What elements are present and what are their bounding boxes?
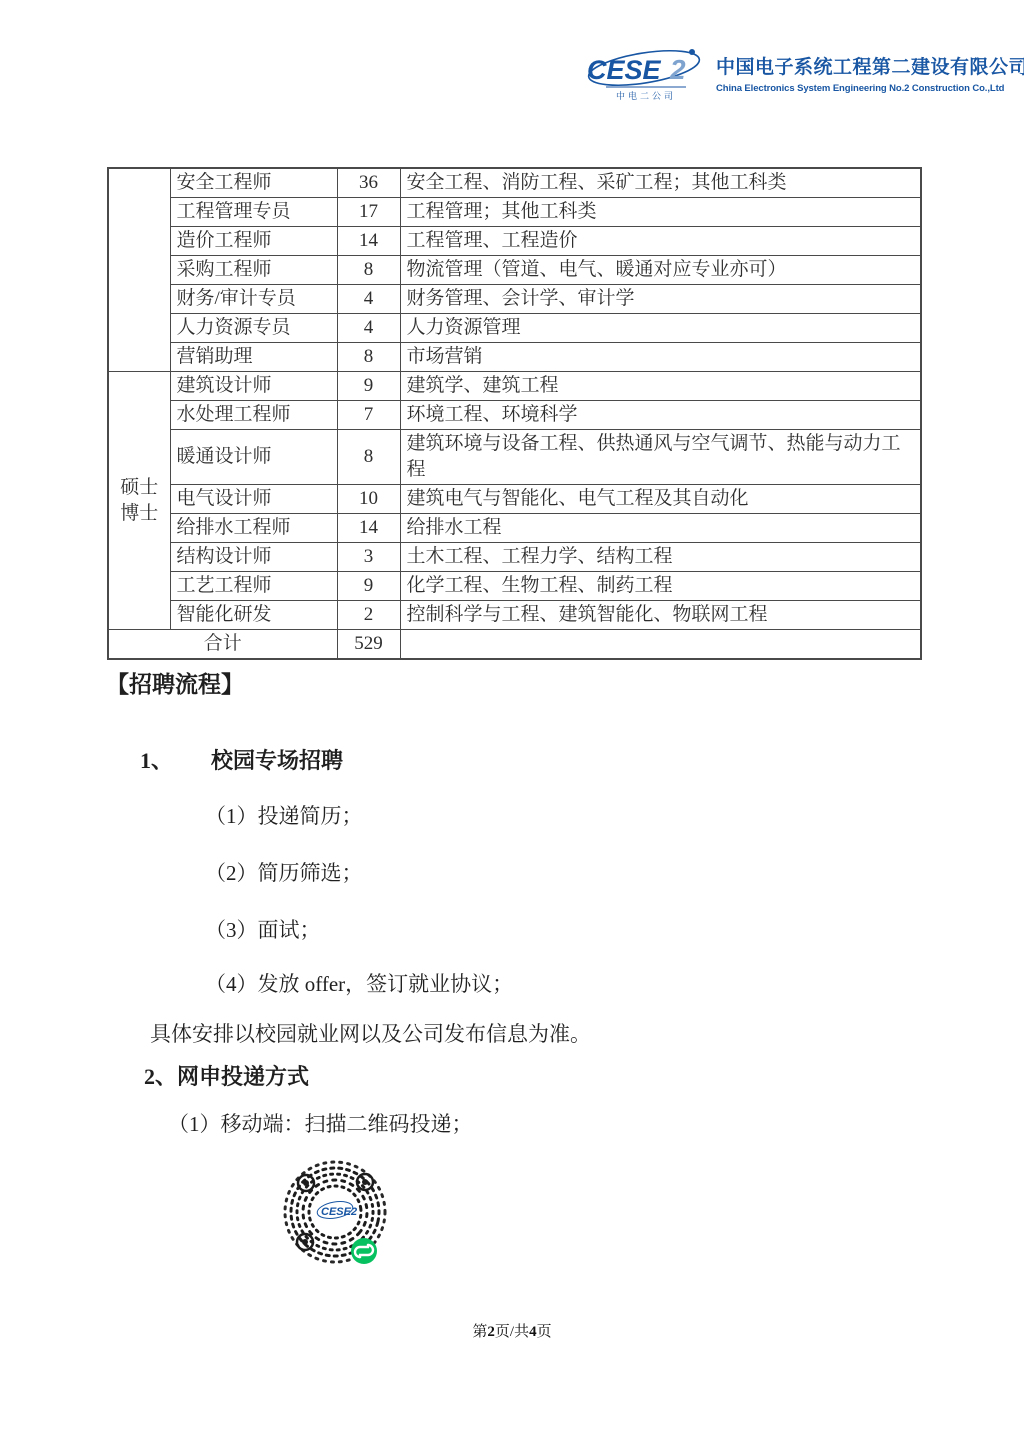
svg-text:CESE: CESE — [587, 55, 662, 85]
table-row: 硕士 博士建筑设计师9建筑学、建筑工程 — [108, 372, 921, 401]
step-item-4: （4）发放 offer，签订就业协议； — [205, 968, 513, 998]
majors-cell: 人力资源管理 — [400, 314, 921, 343]
count-cell: 8 — [337, 256, 400, 285]
table-row: 工程管理专员17工程管理；其他工科类 — [108, 198, 921, 227]
majors-cell: 财务管理、会计学、审计学 — [400, 285, 921, 314]
cese-logo-icon: CESE 2 中电二公司 — [586, 46, 708, 106]
step-item-3: （3）面试； — [205, 914, 321, 944]
position-cell: 暖通设计师 — [170, 430, 337, 485]
table-row: 安全工程师36安全工程、消防工程、采矿工程；其他工科类 — [108, 168, 921, 198]
position-cell: 营销助理 — [170, 343, 337, 372]
position-cell: 工艺工程师 — [170, 572, 337, 601]
company-name-en: China Electronics System Engineering No.… — [716, 83, 1024, 94]
qr-code: CESE2 — [281, 1156, 389, 1272]
svg-text:2: 2 — [669, 54, 686, 85]
wechat-mini-program-icon — [351, 1238, 377, 1264]
table-row: 智能化研发2控制科学与工程、建筑智能化、物联网工程 — [108, 601, 921, 630]
table-total-row: 合计529 — [108, 630, 921, 660]
count-cell: 4 — [337, 314, 400, 343]
count-cell: 14 — [337, 227, 400, 256]
majors-cell: 安全工程、消防工程、采矿工程；其他工科类 — [400, 168, 921, 198]
position-cell: 财务/审计专员 — [170, 285, 337, 314]
position-cell: 结构设计师 — [170, 543, 337, 572]
step-item-1: （1）投递简历； — [205, 800, 363, 830]
positions-table: 安全工程师36安全工程、消防工程、采矿工程；其他工科类工程管理专员17工程管理；… — [107, 167, 922, 660]
count-cell: 2 — [337, 601, 400, 630]
position-cell: 电气设计师 — [170, 485, 337, 514]
table-row: 结构设计师3土木工程、工程力学、结构工程 — [108, 543, 921, 572]
majors-cell: 环境工程、环境科学 — [400, 401, 921, 430]
document-page: CESE 2 中电二公司 中国电子系统工程第二建设有限公司 China Elec… — [0, 0, 1024, 1447]
majors-cell: 建筑电气与智能化、电气工程及其自动化 — [400, 485, 921, 514]
count-cell: 3 — [337, 543, 400, 572]
table-row: 采购工程师8物流管理（管道、电气、暖通对应专业亦可） — [108, 256, 921, 285]
majors-cell: 物流管理（管道、电气、暖通对应专业亦可） — [400, 256, 921, 285]
total-count-cell: 529 — [337, 630, 400, 660]
majors-cell: 土木工程、工程力学、结构工程 — [400, 543, 921, 572]
count-cell: 7 — [337, 401, 400, 430]
count-cell: 9 — [337, 372, 400, 401]
table-row: 水处理工程师7环境工程、环境科学 — [108, 401, 921, 430]
majors-cell: 工程管理；其他工科类 — [400, 198, 921, 227]
table-row: 电气设计师10建筑电气与智能化、电气工程及其自动化 — [108, 485, 921, 514]
majors-cell: 化学工程、生物工程、制药工程 — [400, 572, 921, 601]
note-text: 具体安排以校园就业网以及公司发布信息为准。 — [150, 1018, 591, 1048]
table-row: 工艺工程师9化学工程、生物工程、制药工程 — [108, 572, 921, 601]
qr-center-logo-text: CESE2 — [321, 1206, 357, 1218]
degree-group-cell — [108, 168, 170, 372]
count-cell: 36 — [337, 168, 400, 198]
count-cell: 14 — [337, 514, 400, 543]
count-cell: 9 — [337, 572, 400, 601]
position-cell: 造价工程师 — [170, 227, 337, 256]
subsection-title: 校园专场招聘 — [211, 748, 343, 773]
majors-cell: 市场营销 — [400, 343, 921, 372]
majors-cell: 控制科学与工程、建筑智能化、物联网工程 — [400, 601, 921, 630]
total-empty-cell — [400, 630, 921, 660]
table-row: 给排水工程师14给排水工程 — [108, 514, 921, 543]
position-cell: 工程管理专员 — [170, 198, 337, 227]
majors-cell: 建筑学、建筑工程 — [400, 372, 921, 401]
degree-group-cell: 硕士 博士 — [108, 372, 170, 630]
section-title-recruit-process: 【招聘流程】 — [106, 666, 244, 699]
total-label-cell: 合计 — [108, 630, 337, 660]
company-header: CESE 2 中电二公司 中国电子系统工程第二建设有限公司 China Elec… — [586, 46, 1024, 106]
subsection-online-application: 2、网申投递方式 — [144, 1060, 309, 1091]
majors-cell: 给排水工程 — [400, 514, 921, 543]
position-cell: 给排水工程师 — [170, 514, 337, 543]
subsection-number: 1、 — [140, 748, 173, 773]
count-cell: 8 — [337, 430, 400, 485]
count-cell: 8 — [337, 343, 400, 372]
count-cell: 17 — [337, 198, 400, 227]
table-row: 财务/审计专员4财务管理、会计学、审计学 — [108, 285, 921, 314]
position-cell: 采购工程师 — [170, 256, 337, 285]
majors-cell: 建筑环境与设备工程、供热通风与空气调节、热能与动力工 程 — [400, 430, 921, 485]
table-row: 营销助理8市场营销 — [108, 343, 921, 372]
majors-cell: 工程管理、工程造价 — [400, 227, 921, 256]
table-row: 造价工程师14工程管理、工程造价 — [108, 227, 921, 256]
count-cell: 10 — [337, 485, 400, 514]
step-item-2: （2）简历筛选； — [205, 857, 363, 887]
subsection-campus-recruiting: 1、校园专场招聘 — [140, 744, 343, 775]
company-name-cn: 中国电子系统工程第二建设有限公司 — [716, 52, 1024, 79]
position-cell: 水处理工程师 — [170, 401, 337, 430]
position-cell: 安全工程师 — [170, 168, 337, 198]
position-cell: 人力资源专员 — [170, 314, 337, 343]
mobile-apply-text: （1）移动端：扫描二维码投递； — [168, 1108, 473, 1138]
position-cell: 建筑设计师 — [170, 372, 337, 401]
page-number: 第2页/共4页 — [0, 1320, 1024, 1341]
table-row: 人力资源专员4人力资源管理 — [108, 314, 921, 343]
position-cell: 智能化研发 — [170, 601, 337, 630]
company-names: 中国电子系统工程第二建设有限公司 China Electronics Syste… — [716, 46, 1024, 94]
count-cell: 4 — [337, 285, 400, 314]
table-row: 暖通设计师8建筑环境与设备工程、供热通风与空气调节、热能与动力工 程 — [108, 430, 921, 485]
logo-subtext: 中电二公司 — [616, 90, 676, 101]
